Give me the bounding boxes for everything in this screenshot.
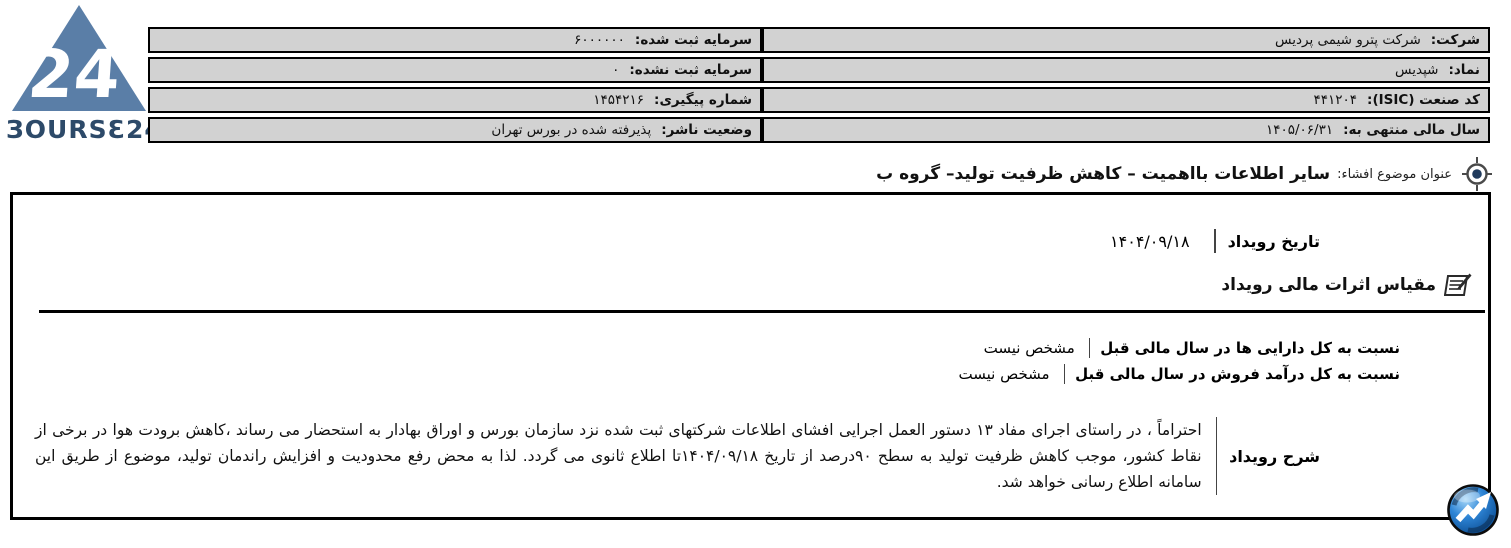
- event-description-text: احتراماً ، در راستای اجرای مفاد ۱۳ دستور…: [35, 417, 1202, 495]
- row-value: ۴۴۱۲۰۴: [1314, 92, 1358, 108]
- note-pencil-icon: [1444, 271, 1472, 299]
- row-value: ۰: [612, 62, 619, 78]
- separator: [1216, 417, 1218, 495]
- event-date-label: تاریخ رویداد: [1228, 232, 1320, 251]
- table-row-company: شرکت: شرکت پترو شیمی پردیس: [762, 27, 1490, 53]
- ratio-value: مشخص نیست: [984, 339, 1075, 357]
- company-info-table-left: سرمایه ثبت شده: ۶۰۰۰۰۰۰ سرمایه ثبت نشده:…: [148, 27, 762, 143]
- horizontal-divider: [39, 310, 1485, 313]
- disclosure-title-value: سایر اطلاعات بااهمیت – کاهش ظرفیت تولید–…: [876, 164, 1330, 184]
- table-row-isic: کد صنعت (ISIC): ۴۴۱۲۰۴: [762, 87, 1490, 113]
- ratio-label: نسبت به کل درآمد فروش در سال مالی قبل: [1075, 365, 1400, 383]
- row-label: شرکت:: [1431, 32, 1480, 48]
- disclosure-title-label: عنوان موضوع افشاء:: [1337, 167, 1452, 182]
- event-description-label: شرح رویداد: [1229, 447, 1320, 466]
- separator: [1064, 364, 1066, 384]
- event-date-row: تاریخ رویداد ۱۴۰۴/۰۹/۱۸: [1110, 229, 1320, 253]
- row-label: سرمایه ثبت شده:: [635, 32, 752, 48]
- ratio-row-revenue: نسبت به کل درآمد فروش در سال مالی قبل مش…: [959, 364, 1400, 384]
- ratio-row-assets: نسبت به کل دارایی ها در سال مالی قبل مشخ…: [959, 338, 1400, 358]
- table-row-tracking-number: شماره پیگیری: ۱۴۵۴۲۱۶: [148, 87, 762, 113]
- row-value: ۱۴۰۵/۰۶/۳۱: [1266, 122, 1333, 138]
- pulse-arrow-badge-icon: [1446, 483, 1500, 537]
- company-info-table-right: شرکت: شرکت پترو شیمی پردیس نماد: شپدیس ک…: [762, 27, 1490, 143]
- table-row-registered-capital: سرمایه ثبت شده: ۶۰۰۰۰۰۰: [148, 27, 762, 53]
- company-info-tables: شرکت: شرکت پترو شیمی پردیس نماد: شپدیس ک…: [148, 27, 1490, 143]
- disclosure-body-box: تاریخ رویداد ۱۴۰۴/۰۹/۱۸ مقیاس اثرات مالی…: [10, 192, 1491, 520]
- ratio-value: مشخص نیست: [959, 365, 1050, 383]
- row-value: ۶۰۰۰۰۰۰: [574, 32, 625, 48]
- event-description-row: شرح رویداد احتراماً ، در راستای اجرای مف…: [35, 417, 1320, 495]
- event-date-value: ۱۴۰۴/۰۹/۱۸: [1110, 232, 1190, 251]
- row-label: شماره پیگیری:: [654, 92, 752, 108]
- table-row-issuer-status: وضعیت ناشر: پذیرفته شده در بورس تهران: [148, 117, 762, 143]
- disclosure-page: 24 ЗOURSƐ24 شرکت: شرکت پترو شیمی پردیس ن…: [0, 0, 1511, 548]
- separator: [1214, 229, 1216, 253]
- ratio-rows: نسبت به کل دارایی ها در سال مالی قبل مشخ…: [959, 338, 1400, 390]
- svg-text:24: 24: [25, 36, 122, 113]
- row-label: کد صنعت (ISIC):: [1367, 92, 1480, 108]
- row-value: شپدیس: [1395, 62, 1438, 78]
- crosshair-icon: [1459, 156, 1495, 192]
- ratio-label: نسبت به کل دارایی ها در سال مالی قبل: [1100, 339, 1400, 357]
- row-label: نماد:: [1448, 62, 1480, 78]
- row-label: سال مالی منتهی به:: [1343, 122, 1480, 138]
- table-row-unregistered-capital: سرمایه ثبت نشده: ۰: [148, 57, 762, 83]
- bourse24-wordmark: ЗOURSƐ24: [6, 115, 150, 144]
- table-row-symbol: نماد: شپدیس: [762, 57, 1490, 83]
- financial-scale-heading: مقیاس اثرات مالی رویداد: [1221, 275, 1436, 295]
- bourse24-logo: 24 ЗOURSƐ24: [6, 3, 150, 144]
- table-row-fiscal-year: سال مالی منتهی به: ۱۴۰۵/۰۶/۳۱: [762, 117, 1490, 143]
- disclosure-title-row: عنوان موضوع افشاء: سایر اطلاعات بااهمیت …: [876, 156, 1495, 192]
- row-value: ۱۴۵۴۲۱۶: [593, 92, 644, 108]
- separator: [1089, 338, 1091, 358]
- bourse24-triangle-icon: 24: [9, 3, 147, 113]
- row-value: پذیرفته شده در بورس تهران: [491, 122, 651, 138]
- row-label: وضعیت ناشر:: [661, 122, 752, 138]
- financial-scale-heading-row: مقیاس اثرات مالی رویداد: [1221, 271, 1472, 299]
- row-value: شرکت پترو شیمی پردیس: [1275, 32, 1421, 48]
- row-label: سرمایه ثبت نشده:: [629, 62, 752, 78]
